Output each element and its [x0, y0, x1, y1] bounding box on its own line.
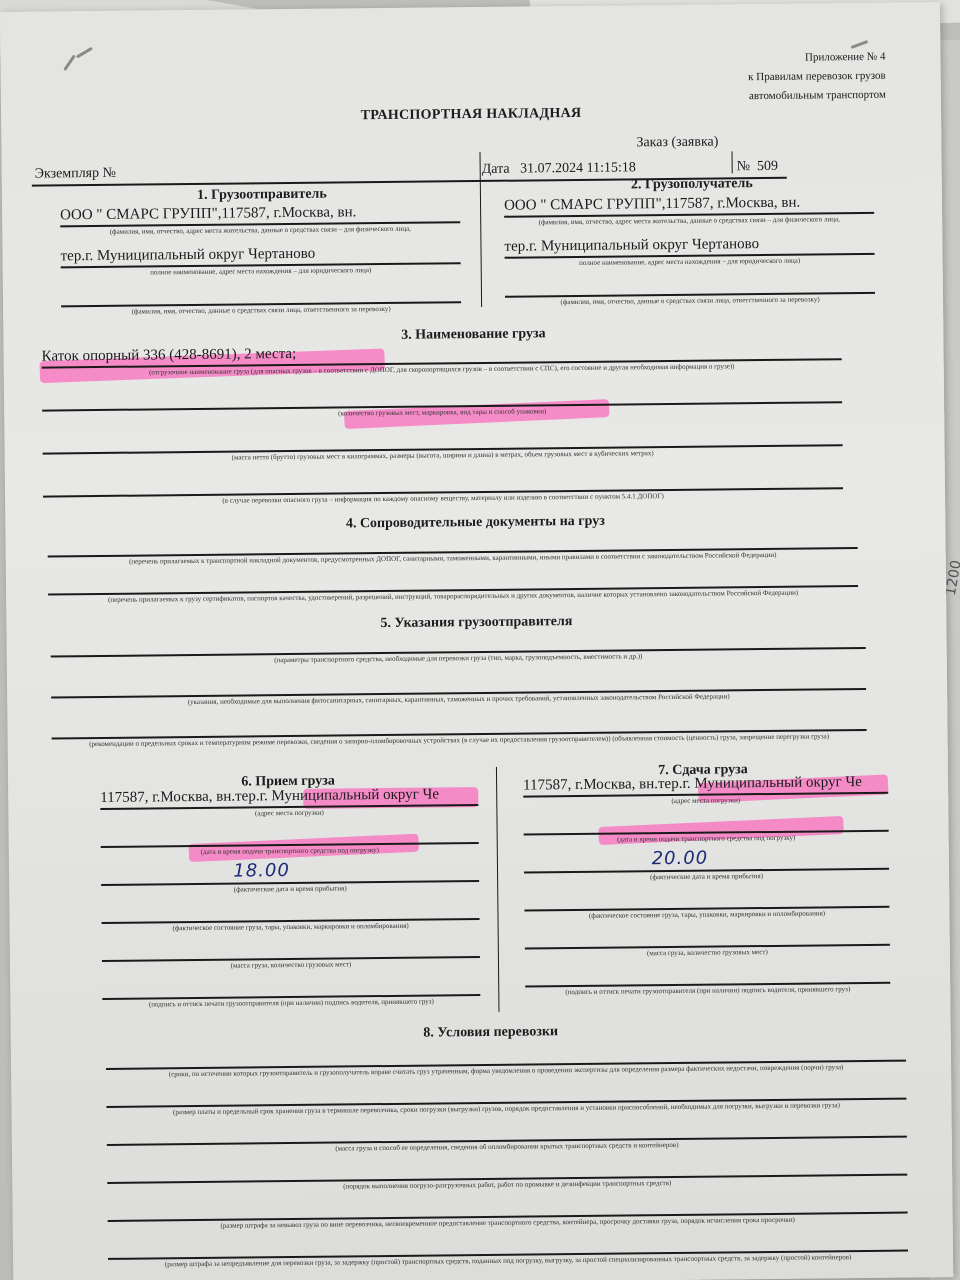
form-field: (дата и время подачи транспортного средс… — [523, 811, 888, 846]
date-value: 31.07.2024 11:15:18 — [520, 160, 636, 176]
number-divider — [731, 151, 732, 173]
waybill-document: Приложение № 4 к Правилам перевозок груз… — [0, 2, 953, 1280]
form-field: (размер штрафа за непредъявление для пер… — [108, 1231, 908, 1270]
order-label: Заказ (заявка) — [636, 134, 718, 151]
form-field: 117587, г.Москва, вн.тер.г. Муниципальны… — [100, 785, 478, 820]
number-label: № — [737, 159, 751, 174]
form-field: (подпись и оттиск печати грузоотправител… — [525, 963, 890, 998]
form-field: (сроки, по истечении которых грузоотправ… — [106, 1041, 906, 1080]
order-date: Дата 31.07.2024 11:15:18 — [482, 160, 636, 178]
staple-icon — [76, 47, 93, 59]
appendix-note: Приложение № 4 к Правилам перевозок груз… — [748, 48, 886, 106]
consignee-field-3: (фамилия, имя, отчество, данные о средст… — [505, 273, 875, 308]
field-value: 20.00 — [524, 849, 889, 872]
form-field: (указания, необходимые для выполнения фи… — [51, 669, 866, 709]
order-number: № 509 — [737, 159, 779, 175]
consignee-field-2: тер.г. Муниципальный округ Чертаново пол… — [504, 234, 874, 269]
form-field: (дата и время подачи транспортного средс… — [101, 823, 479, 858]
document-title: ТРАНСПОРТНАЯ НАКЛАДНАЯ — [1, 102, 941, 128]
form-field: (порядок выполнения погрузо-разгрузочных… — [107, 1155, 907, 1194]
form-field: (размер платы и предельный срок хранения… — [106, 1079, 906, 1118]
field-value: 117587, г.Москва, вн.тер.г. Муниципальны… — [523, 773, 888, 796]
form-field: (перечень прилагаемых к грузу сертификат… — [48, 566, 858, 605]
form-field: (масса груза и способ ее определения, св… — [107, 1117, 907, 1156]
appendix-line: к Правилам перевозок грузов — [748, 67, 886, 87]
shipper-field-1: ООО " СМАРС ГРУПП",117587, г.Москва, вн.… — [60, 202, 460, 237]
form-field: (размер штрафа за невывоз груза по вине … — [107, 1193, 907, 1232]
form-field: (масса груза, количество грузовых мест) — [525, 925, 890, 960]
form-field: (фактическое состояние груза, тары, упак… — [101, 899, 479, 934]
form-field: 117587, г.Москва, вн.тер.г. Муниципальны… — [523, 773, 888, 808]
form-field: (рекомендации о предельных сроках и темп… — [51, 710, 866, 750]
shipper-field-3: (фамилия, имя, отчество, данные о средст… — [61, 282, 461, 317]
column-divider — [496, 767, 500, 1012]
handwritten-value: 18.00 — [233, 861, 290, 881]
number-value: 509 — [757, 159, 778, 174]
staple-icon — [63, 55, 76, 72]
copy-number-label: Экземпляр № — [35, 166, 116, 183]
appendix-line: Приложение № 4 — [748, 48, 886, 68]
handwritten-value: 20.00 — [652, 849, 709, 869]
form-field: (подпись и оттиск печати грузоотправител… — [102, 975, 480, 1010]
section-heading-consignee: 2. Грузополучатель — [492, 175, 892, 195]
consignee-field-1: ООО " СМАРС ГРУПП",117587, г.Москва, вн.… — [504, 193, 874, 228]
field-value: 18.00 — [101, 861, 479, 884]
form-field: 18.00(фактические дата и время прибытия) — [101, 861, 479, 896]
form-field: (масса нетто (брутто) грузовых мест в ки… — [42, 425, 842, 464]
field-value: 117587, г.Москва, вн.тер.г. Муниципальны… — [100, 785, 478, 808]
form-field: (количество грузовых мест, маркировка, в… — [42, 382, 842, 421]
shipper-field-2: тер.г. Муниципальный округ Чертаново пол… — [60, 243, 460, 278]
form-field: 20.00(фактические дата и время прибытия) — [524, 849, 889, 884]
form-field: (масса груза, количество грузовых мест) — [102, 937, 480, 972]
form-field: (фактическое состояние груза, тары, упак… — [524, 887, 889, 922]
form-field: (в случае перевозки опасного груза – инф… — [43, 468, 843, 507]
date-label: Дата — [482, 162, 510, 177]
